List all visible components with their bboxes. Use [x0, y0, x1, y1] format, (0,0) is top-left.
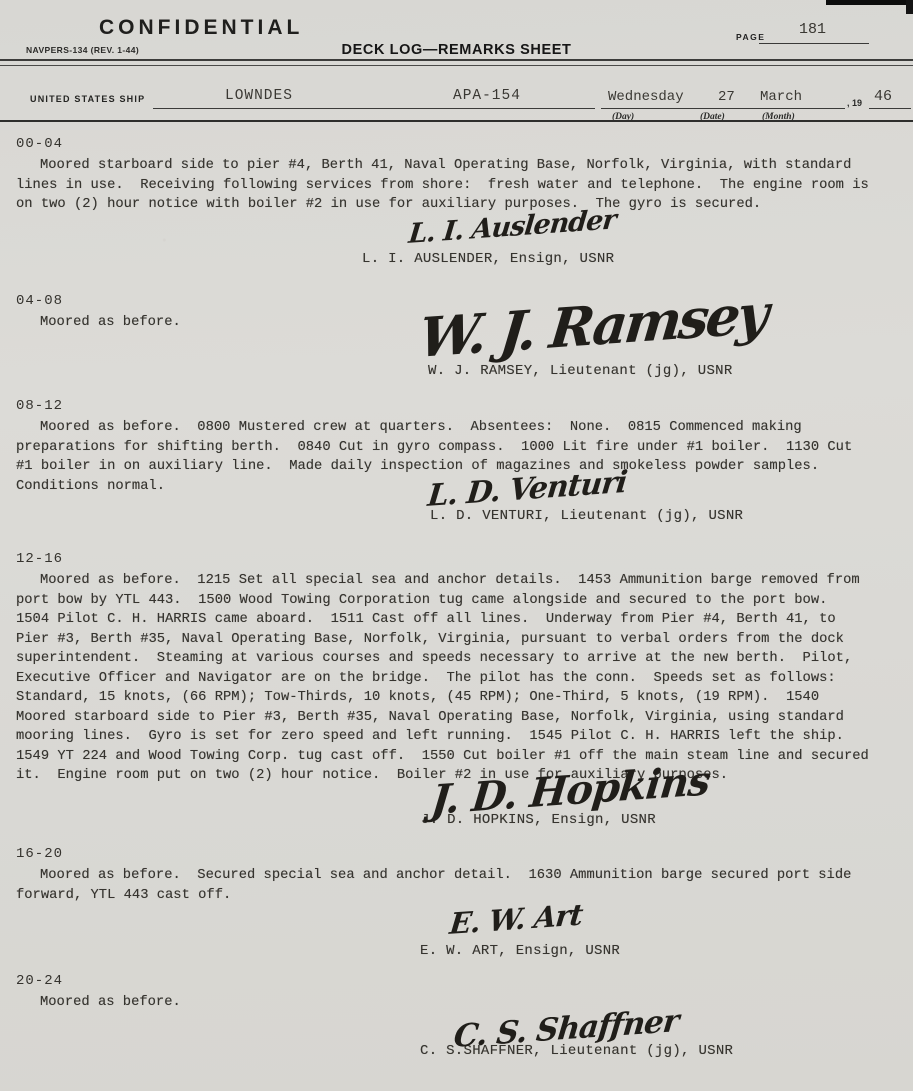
signature-block: C. S. Shaffner C. S.SHAFFNER, Lieutenant… [420, 1019, 733, 1059]
double-rule [0, 59, 913, 66]
signature-block: L. I. Auslender L. I. AUSLENDER, Ensign,… [362, 219, 614, 267]
hull-number-value: APA-154 [453, 88, 521, 104]
year-underline [869, 108, 911, 109]
form-header: CONFIDENTIAL PAGE 181 NAVPERS-134 (REV. … [0, 0, 913, 132]
date-date-value: 27 [718, 89, 735, 105]
log-entry: 08-12 Moored as before. 0800 Mustered cr… [16, 398, 894, 524]
log-entry: 12-16 Moored as before. 1215 Set all spe… [16, 551, 894, 828]
signature-block: J. D. Hopkins J. D. HOPKINS, Ensign, USN… [421, 778, 708, 828]
year-prefix: , 19 [847, 98, 862, 108]
watch-period-label: 08-12 [16, 398, 894, 418]
date-month-value: March [760, 89, 802, 105]
classification-stamp: CONFIDENTIAL [99, 16, 303, 40]
watch-period-label: 20-24 [16, 973, 894, 993]
date-day-value: Wednesday [608, 89, 684, 105]
signature-block: L. D. Venturi L. D. VENTURI, Lieutenant … [430, 480, 743, 524]
watch-period-label: 12-16 [16, 551, 894, 571]
entry-text: Moored as before. Secured special sea an… [16, 866, 874, 905]
year-value: 46 [874, 88, 892, 105]
ship-name-underline [153, 108, 595, 109]
log-entry: 00-04 Moored starboard side to pier #4, … [16, 136, 894, 267]
watch-period-label: 16-20 [16, 846, 894, 866]
ship-label: UNITED STATES SHIP [30, 94, 145, 104]
page-number: 181 [799, 21, 826, 38]
signature-block: W. J. Ramsey W. J. RAMSEY, Lieutenant (j… [416, 305, 763, 379]
date-underline [601, 108, 845, 109]
entry-text: Moored as before. [16, 993, 874, 1013]
log-entry: 20-24 Moored as before. C. S. Shaffner C… [16, 973, 894, 1059]
entry-text: Moored as before. 1215 Set all special s… [16, 571, 874, 786]
signature-block: E. W. Art E. W. ART, Ensign, USNR [420, 907, 620, 959]
signature-typed: E. W. ART, Ensign, USNR [420, 943, 620, 959]
watch-period-label: 00-04 [16, 136, 894, 156]
signature-typed: L. I. AUSLENDER, Ensign, USNR [362, 251, 614, 267]
entry-text: Moored starboard side to pier #4, Berth … [16, 156, 874, 215]
page-label: PAGE [736, 32, 765, 42]
log-entry: 04-08 Moored as before. W. J. Ramsey W. … [16, 293, 894, 379]
log-entry: 16-20 Moored as before. Secured special … [16, 846, 894, 959]
ship-name-value: LOWNDES [225, 88, 293, 104]
heavy-rule [0, 120, 913, 122]
document-title: DECK LOG—REMARKS SHEET [0, 42, 913, 58]
deck-log-page: CONFIDENTIAL PAGE 181 NAVPERS-134 (REV. … [0, 0, 913, 1091]
